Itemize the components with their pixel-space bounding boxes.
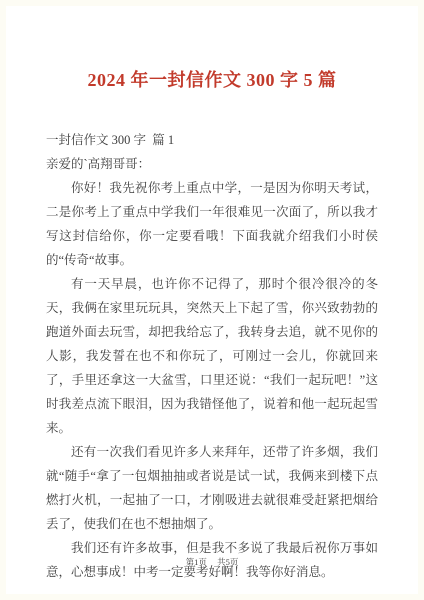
- page-total-label: 共5页: [217, 557, 238, 567]
- page-footer: 第1页 共5页: [6, 556, 418, 568]
- letter-paragraph-2: 有一天早晨，也许你不记得了，那时个很冷很冷的冬天，我俩在家里玩玩具，突然天上下起…: [46, 272, 378, 440]
- page-number-label: 第1页: [186, 557, 207, 567]
- letter-salutation: 亲爱的`高翔哥哥：: [46, 152, 378, 176]
- letter-paragraph-3: 还有一次我们看见许多人来拜年，还带了许多烟，我们就“随手“拿了一包烟抽抽或者说是…: [46, 440, 378, 536]
- letter-paragraph-1: 你好！我先祝你考上重点中学，一是因为你明天考试，二是你考上了重点中学我们一年很难…: [46, 176, 378, 272]
- letter-body: 一封信作文 300 字 篇 1 亲爱的`高翔哥哥： 你好！我先祝你考上重点中学，…: [46, 128, 378, 584]
- document-page: 2024 年一封信作文 300 字 5 篇 一封信作文 300 字 篇 1 亲爱…: [6, 6, 418, 594]
- section-heading: 一封信作文 300 字 篇 1: [46, 128, 378, 152]
- document-title: 2024 年一封信作文 300 字 5 篇: [6, 66, 418, 92]
